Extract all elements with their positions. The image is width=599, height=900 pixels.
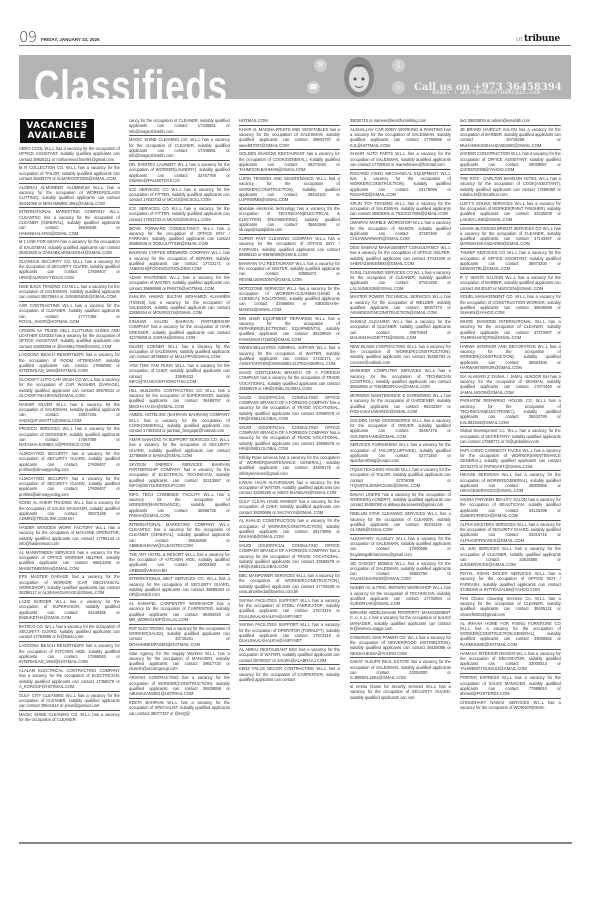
classified-ad: IBRAHIM ABDELNAHAB PROPERTY MANAGEMENT C… [350,609,451,634]
classified-ad: AL KAMAFEL CARPENTRY WORKSHOP has a vaca… [129,600,230,625]
classified-ad: SUPER FAST CLEANING COMPANY W.L.L has a … [239,235,340,260]
classified-ad: ISA ALAMARI Z ZAINAL / JAMAL ALNOOR BH h… [460,373,561,398]
page-number: 09 [19,30,36,44]
classified-ad: NEELUM STAR CLEANING SERVICES W.L.L has … [350,510,451,535]
classified-ad: 39030710 or sameer@kenzfurnishing.com [350,117,451,126]
classified-ad: al emma house for security services W.L.… [350,683,451,701]
classified-ad: PARHATIM REPAIRING HOUSE CO. W.L.L has a… [460,397,561,427]
classified-ad: Infinity Rose services has a vacancy for… [239,454,340,479]
classified-ad: ALPHA MASTERS SERVICES W.L.L has a vacan… [460,521,561,546]
classified-ad: BAHRAIN TAJ RESTAURANT W.L.L has a vacan… [239,260,340,285]
classified-ad: BATSCO CO. W.L.L has a vacancy for the o… [19,623,120,642]
classified-ad: INFO TECH COMBINED FACILITY W.L.L has a … [129,491,230,521]
classified-ad: AL KHALID CONSTRUCTION has a vacancy for… [239,517,340,542]
classified-ad: KHAIR AL MADINA FRUITS AND VEGETABLES ha… [239,126,340,151]
classified-ad: BIN SHER EQUIPMENT REPAIRING W.L.L has a… [239,315,340,345]
mobile-icon: ▯ [392,59,405,72]
customer-service-agent-icon [338,55,380,99]
classified-ad: LAZIZ BURGER W.L.L has a vacancy for the… [19,598,120,623]
classified-ad: PAPI CHINO CONNECTI FACES W.L.L has a va… [460,447,561,472]
classified-ad: LAGOONA BEACH RESORT&SPA has a vacancy f… [19,351,120,376]
classified-ad: SAUDI GIGIOFFICIAL CONSULTING OFFICE COM… [239,542,340,572]
classified-ad: M 1 LINE FOR ABAYA has a vacancy for the… [19,238,120,257]
classified-ad: GLOSSIFY AUTO CAR WASH CO W.L.L has a va… [19,376,120,401]
column-1: AERO COOL W.L.L has a vacancy for the oc… [19,145,120,724]
classified-ad: BAHRAIN COFFEE BREWERS COMPANY W.L.L has… [129,249,230,274]
classified-ad: ALMOAYYED SECURITY has a vacancy for the… [19,475,120,500]
classified-ad: ITQAN TEACHING HOUSE W.L.L has a vacancy… [350,466,451,491]
classified-ad: ARAFAH CONTRACTING has a vacancy for the… [129,674,230,699]
globe-icon: ○ [392,81,405,94]
page-header: 09 FRIDAY, JANUARY 23, 2026 [19,30,271,44]
classified-ad: BBC MANPOWER SERVICES W.L.L has a vacanc… [239,572,340,597]
classified-ad: ALKHAFARY ALASLEY W.L.L has a vacancy fo… [350,535,451,560]
classified-ad: ANMOL HOTELING (BAHRAIN BAHRAIN) COMPANY… [129,411,230,436]
classified-ad: SHAHR AUTO PARTS W.L.L has a vacancy for… [350,150,451,169]
classified-ad: AMAR SHAHZAD TA SUPPORT SERVICES CO. W.L… [129,436,230,461]
classified-ad: INTERNATIONAL BELT SERVICES CO. W.L.L ha… [129,575,230,600]
email-text: email : advt@newsofbahrain.com [432,89,540,96]
classified-ad: R V GENTS SALOON W.L.L has a vacancy for… [460,274,561,293]
classified-ad: SWISS-BELSUITES ADMIRAL JUFFAIR W.L.L ha… [239,344,340,369]
classified-ad: AL MANNTINEEN SERVICES has a vacancy for… [19,549,120,574]
classified-ad: ROGARID FIXED MECHANICAL EQUIPMENT W.L.L… [350,170,451,200]
classified-ad: SAFINA FACILITIES SUPPORT W.L.L has a va… [239,597,340,622]
classifieds-banner: Classifieds [19,55,272,99]
envelope-icon: ✉ [314,59,327,72]
classified-ad: absolute electronic technology has a vac… [239,205,340,235]
classified-ad: cancy for the occupation of CLEANER, sui… [129,117,230,136]
classified-ad: ALMOAYYED SECURITY has a vacancy for the… [19,450,120,475]
classified-ad: USAMA BLOSSOM BRIGHT SERVICES CO W.L.L h… [460,225,561,250]
classified-ad: Global Development Co. W.L.L has a vacan… [460,427,561,446]
classified-ad: MANHEER COMPUTER SERVICES W.L.L has a va… [350,367,451,392]
logo-prefix: DT [516,37,523,43]
classified-ad: THUNIP SERVICES CO W.L.L has a vacancy f… [460,249,561,274]
classified-ad: HARWA INTERIOR AND DECORATION W.L.L has … [460,343,561,373]
classified-ad: WHITE DIAMOND INTERNATIONAL W.L.L has a … [460,318,561,343]
logo-text: tribune [524,34,560,44]
classified-ad: GULF CITY CLEANING W.L.L has a vacancy f… [19,692,120,711]
classified-ad: SAFINA FACILITIES SUPPORT W.L.L has a va… [239,621,340,646]
classified-ad: GOLDEN HAND WOODWORKS W.L.L has a vacanc… [350,417,451,442]
classified-ad: MAGIC SHINE CLEANING CO. W.L.L has a vac… [19,711,120,724]
header-divider-right [272,45,571,46]
classified-ad: SOOD AL KHEIR TRADING W.L.L has a vacanc… [19,499,120,524]
classified-ad: GOLDEN SHADOW RESTAURANT has a vacancy f… [239,150,340,175]
classified-ad: First Choice Cleaning Services Co. W.L.L… [460,595,561,620]
classified-ad: DESI SHERAZ MANAGEMENT CONSULTANCY W.L.L… [350,244,451,269]
classified-ad: AL IRFAAH HOME FOR FIXING FURNITURE CO W… [460,620,561,650]
classified-ad: ADAM PASTERIES W.L.L has a vacancy for t… [129,274,230,293]
classified-ad: LUPIN TRADING AND MAINTENANCE W.L.L has … [239,175,340,205]
classified-ad: SAUDI GIGIOFFICIAL CONSULTING OFFICE COM… [239,424,340,454]
column-2: cancy for the occupation of CLEANER, sui… [129,117,230,717]
bottom-divider [19,842,572,844]
classified-ad: NISE BAGS TRADING CO W.L.L has a vacancy… [19,283,120,302]
classified-ad: SAEAT ALSUFR REAL ESTATE has a vacancy f… [350,658,451,683]
classified-ad: LUKY'S SOHAN SERVICES W.L.L has a vacanc… [460,200,561,225]
classified-ad: ROYAL KIDAN DOCER SERVICES W.L.L has a v… [460,570,561,595]
classified-ad: CROWN AA TRADE SELL CLOTHING SHOES AND L… [19,327,120,352]
column-4: 39030710 or sameer@kenzfurnishing.comALS… [350,117,451,701]
classified-ad: NADER AC & FRIG. REPAIRS WORKSHOP W.L.L … [350,584,451,609]
classified-ad: HASHIR SILVER W.L.L has a vacancy for th… [19,401,120,426]
classified-ad: RST ELECTRONIC has a vacancy for the occ… [129,625,230,650]
classified-ad: JID GADGET MOBILE W.L.L has a vacancy fo… [350,560,451,585]
classified-ad: HOTMAIL.COM [239,117,340,126]
classified-ad: SERVICES FURNISHING W.L.L has a vacancy … [350,441,451,466]
classified-ad: JB BRAND HAIRCUT SALON has a vacancy for… [460,126,561,151]
classified-ad: EPS MASTER GARAGE has a vacancy for the … [19,573,120,598]
classified-ad: SAHRA PARVEEN BEAUTY SALON has a vacancy… [460,496,561,521]
classified-ad: ICG SERVICES CO W.L.L has a vacancy for … [129,205,230,224]
classified-ad: ZAFEER CONSTRUCTION W.L.L has a vacancy … [460,150,561,175]
classified-ad: AL JUD SERVICES W.L.L has a vacancy for … [460,545,561,570]
page-date: FRIDAY, JANUARY 23, 2026 [41,37,100,42]
classified-ad: ICG SERVICES CO W.L.L has a vacancy for … [129,186,230,205]
classified-ad: BAKAH LINERS has a vacancy for the occup… [350,491,451,510]
classified-ad: SAUDI GENTLEMAN BRANCH OF A FOREIGN COMP… [239,369,340,394]
classified-ad: KHALIFA HAMAD SULTAN MOHAMED ALHAMEM (TI… [129,293,230,318]
tribune-logo: DTtribune [516,34,560,44]
classified-ad: ALALAM ELECTRICAL CONTRACTING COMPANY ha… [19,667,120,692]
phone-icon: ☎ [307,81,320,94]
classified-ad: ASR CONTRACTING W.L.L has a vacancy for … [19,302,120,327]
classified-ad: ALSERAJ ALMUNEER ALUMINIUM W.L.L has a v… [19,184,120,209]
classified-ad: MASTER POWER TECHNICAL SERVICES W.L.L ha… [350,293,451,318]
classified-ad: ALSHALLAH CAR BODY WORKING & PAINTING ha… [350,126,451,151]
classified-ad: KINJHAR SALON BAHRAIN PARTNERSHIP COMPAN… [129,318,230,343]
classified-ad: UMAIRAV MARBLE WORKSHOP W.L.L has a vaca… [350,219,451,244]
classified-ad: MOVE FORWARD CONSULTANCY W.L.L has a vac… [129,225,230,250]
classified-ad: KEETA BAHRAIN W.L.L has a vacancy for th… [129,699,230,717]
classified-ad: LAGOONA BEACH RESORT&SPA has a vacancy f… [19,642,120,667]
classified-ad: MORNING MAINTENANCE & GARDENING W.L.L ha… [350,392,451,417]
classified-ad: XPLIN TOY TRADING W.L.L has a vacancy fo… [350,200,451,219]
classified-ad: Sitar Agency for the Supply Workers W.L.… [129,650,230,675]
classified-ad: AERO COOL W.L.L has a vacancy for the oc… [19,145,120,164]
classified-ad: HAMAAA INTERIOR DESIGN W.L.L has a vacan… [460,650,561,675]
classified-ad: SAUDI GIGIOFFICIAL CONSULTING OFFICE COM… [239,394,340,424]
classified-ad: GUARDUS SECURITY CO. W.L.L has a vacancy… [19,258,120,283]
classified-ad: PRODCO SERVICES W.L.L has a vacancy for … [19,425,120,450]
classified-ad: DR. SANITEX LAUNDRY W.L.L has a vacancy … [129,161,230,186]
classified-ad: YAM TOM YAM RUNG W.L.L has a vacancy for… [129,362,230,387]
classified-ad: MOTOZONE SERVICES W.L.L has a vacancy fo… [239,285,340,315]
classified-ad: SOHEL MANAGEMENT CO. W.L.L has a vacancy… [460,293,561,318]
classified-ad: KARAK HAUS ALFURSNAIN has a vacancy for … [239,479,340,498]
header-divider [19,45,272,46]
column-3: HOTMAIL.COMKHAIR AL MADINA FRUITS AND VE… [239,117,340,684]
classified-ad: MAGIC SHINE CLEANING CO. W.L.L has a vac… [129,136,230,161]
classified-ad: THE ART HOTEL & RESORT W.L.L has a vacan… [129,551,230,576]
classified-ad: PORTER EXPRESS W.L.L has a vacancy for t… [460,674,561,699]
classified-ad: SUNIL CLEANING SERVICES CO W.L.L has a v… [350,269,451,294]
classified-ad: GULF CLEAN HAND MARKET has a vacancy for… [239,498,340,517]
banner-title: Classifieds [34,64,228,109]
classified-ad: HAIDER WOODEN WORK FACTORY W.L.L has a v… [19,524,120,549]
classified-ad: AL ABRAJ RESTAURANT BSC has a vacancy fo… [239,646,340,665]
classified-ad: INTERNATIONAL MARKETING COMPANY W.L.L CL… [129,521,230,551]
classified-ad: KENZ PALCE DECOR CONTRACTING W.L.L has a… [239,665,340,683]
classified-ad: NEW BLAND CONTRACTING W.L.L has a vacanc… [350,343,451,368]
classifieds-columns: AERO COOL W.L.L has a vacancy for the oc… [19,117,572,847]
classified-ad: INTERNATIONAL MARKETING COMPANY W.L.L CL… [19,208,120,238]
classified-ad: SILVER CORNER W.L.L has a vacancy for th… [129,343,230,362]
classified-ad: HILL BUILDERS CONTRACTING CO W.L.L has a… [129,387,230,412]
classified-ad: THE RITZ - CARLTON BAHRAIN HOTEL W.L.L h… [460,175,561,200]
classified-ad: CHOUDHARY NAWAZ SERVICES W.L.L has a vac… [460,699,561,712]
classified-ad: HIKAGE SERVICES W.L.L has a vacancy for … [460,471,561,496]
classified-ad: M R COLLECTION CO. W.L.L has a vacancy f… [19,164,120,183]
classified-ad: SHABAZ CLEANING W.L.L has a vacancy for … [350,318,451,343]
classified-ad: SKYDUN ENERGY SERVICES BAHRAIN PARTNERSH… [129,461,230,491]
classified-ad: tact 39633819 or admin@emahbh.com [460,117,561,126]
column-5: tact 39633819 or admin@emahbh.comJB BRAN… [460,117,561,712]
classified-ad: SYNERGIC MAN POWER CO. W.L.L has a vacan… [350,634,451,659]
